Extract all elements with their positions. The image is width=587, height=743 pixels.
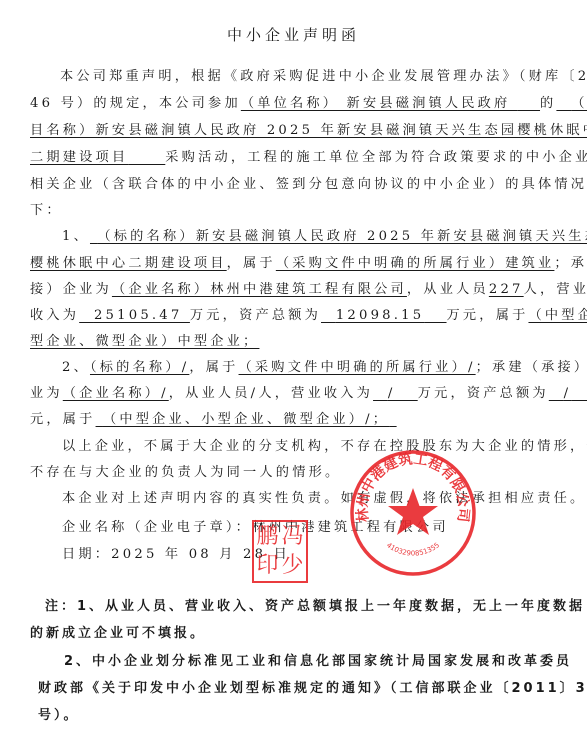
note-2-line-1: 2、中小企业划分标准见工业和信息化部国家统计局国家发展和改革委员 (64, 653, 572, 671)
personal-seal-icon: 鹏 冯 印 少 (252, 520, 308, 583)
item1-line-2: 樱桃休眠中心二期建设项目，属于（采购文件中明确的所属行业）建筑业；承建（承 (30, 255, 587, 273)
item1-line-5: 型企业、微型企业）中型企业； (30, 333, 259, 351)
note-1-line-2: 的新成立企业可不填报。 (30, 625, 206, 643)
intro-line-6: 下： (30, 202, 63, 220)
item2-line-2: 业为（企业名称）/，从业人员/人，营业收入为 / 万元，资产总额为 / 万 (30, 385, 587, 403)
enterprise-name-field: （企业名称）林州中港建筑工程有限公司 (112, 282, 407, 297)
note-2-line-2: 财政部《关于印发中小企业划型标准规定的通知》（工信部联企业〔2011〕300 (38, 680, 587, 698)
item2-line-3: 元，属于 （中型企业、小型企业、微型企业）/； (30, 411, 397, 429)
item1-line-3: 接）企业为（企业名称）林州中港建筑工程有限公司，从业人员227人，营业 (30, 281, 587, 299)
intro-line-5: 相关企业（含联合体的中小企业、签到分包意向协议的中小企业）的具体情况如 (30, 176, 587, 194)
item1-line-1: 1、 （标的名称）新安县磁涧镇人民政府 2025 年新安县磁涧镇天兴生态园 (62, 228, 587, 246)
company-seal-icon: 林州中港建筑工程有限公司 4103290851355 (348, 448, 478, 578)
statement-line-1: 以上企业，不属于大企业的分支机构，不存在控股股东为大企业的情形，也 (62, 438, 587, 456)
statement-line-2: 不存在与大企业的负责人为同一人的情形。 (30, 464, 341, 482)
unit-name-field: （单位名称） 新安县磁涧镇人民政府 (241, 96, 518, 111)
page-title: 中小企业声明函 (0, 24, 587, 45)
item1-line-4: 收入为 25105.47 万元，资产总额为 12098.15 万元，属于（中型企… (30, 307, 587, 325)
intro-line-1: 本公司郑重声明，根据《政府采购促进中小企业发展管理办法》（财库〔2020〕 (60, 68, 587, 86)
item2-line-1: 2、（标的名称）/，属于（采购文件中明确的所属行业）/；承建（承接）企 (62, 359, 587, 377)
svg-text:4103290851355: 4103290851355 (385, 541, 441, 557)
employees-field: 227 (489, 282, 524, 297)
assets-field: 12098.15 (336, 308, 425, 323)
revenue-field: 25105.47 (94, 308, 183, 323)
project-name-line-1: 目名称）新安县磁涧镇人民政府 2025 年新安县磁涧镇天兴生态园樱桃休眠中心 (30, 122, 587, 140)
note-1-line-1: 注：1、从业人员、营业收入、资产总额填报上一年度数据，无上一年度数据 (45, 598, 585, 616)
statement-line-3: 本企业对上述声明内容的真实性负责。如有虚假，将依法承担相应责任。 (62, 490, 586, 508)
intro-line-4: 二期建设项目 采购活动，工程的施工单位全部为符合政策要求的中小企业。 (30, 149, 587, 167)
note-2-line-3: 号）。 (38, 707, 80, 725)
intro-line-2: 46 号）的规定，本公司参加（单位名称） 新安县磁涧镇人民政府 的 （项 (30, 95, 587, 113)
project-name-line-2: 二期建设项目 (30, 150, 128, 165)
